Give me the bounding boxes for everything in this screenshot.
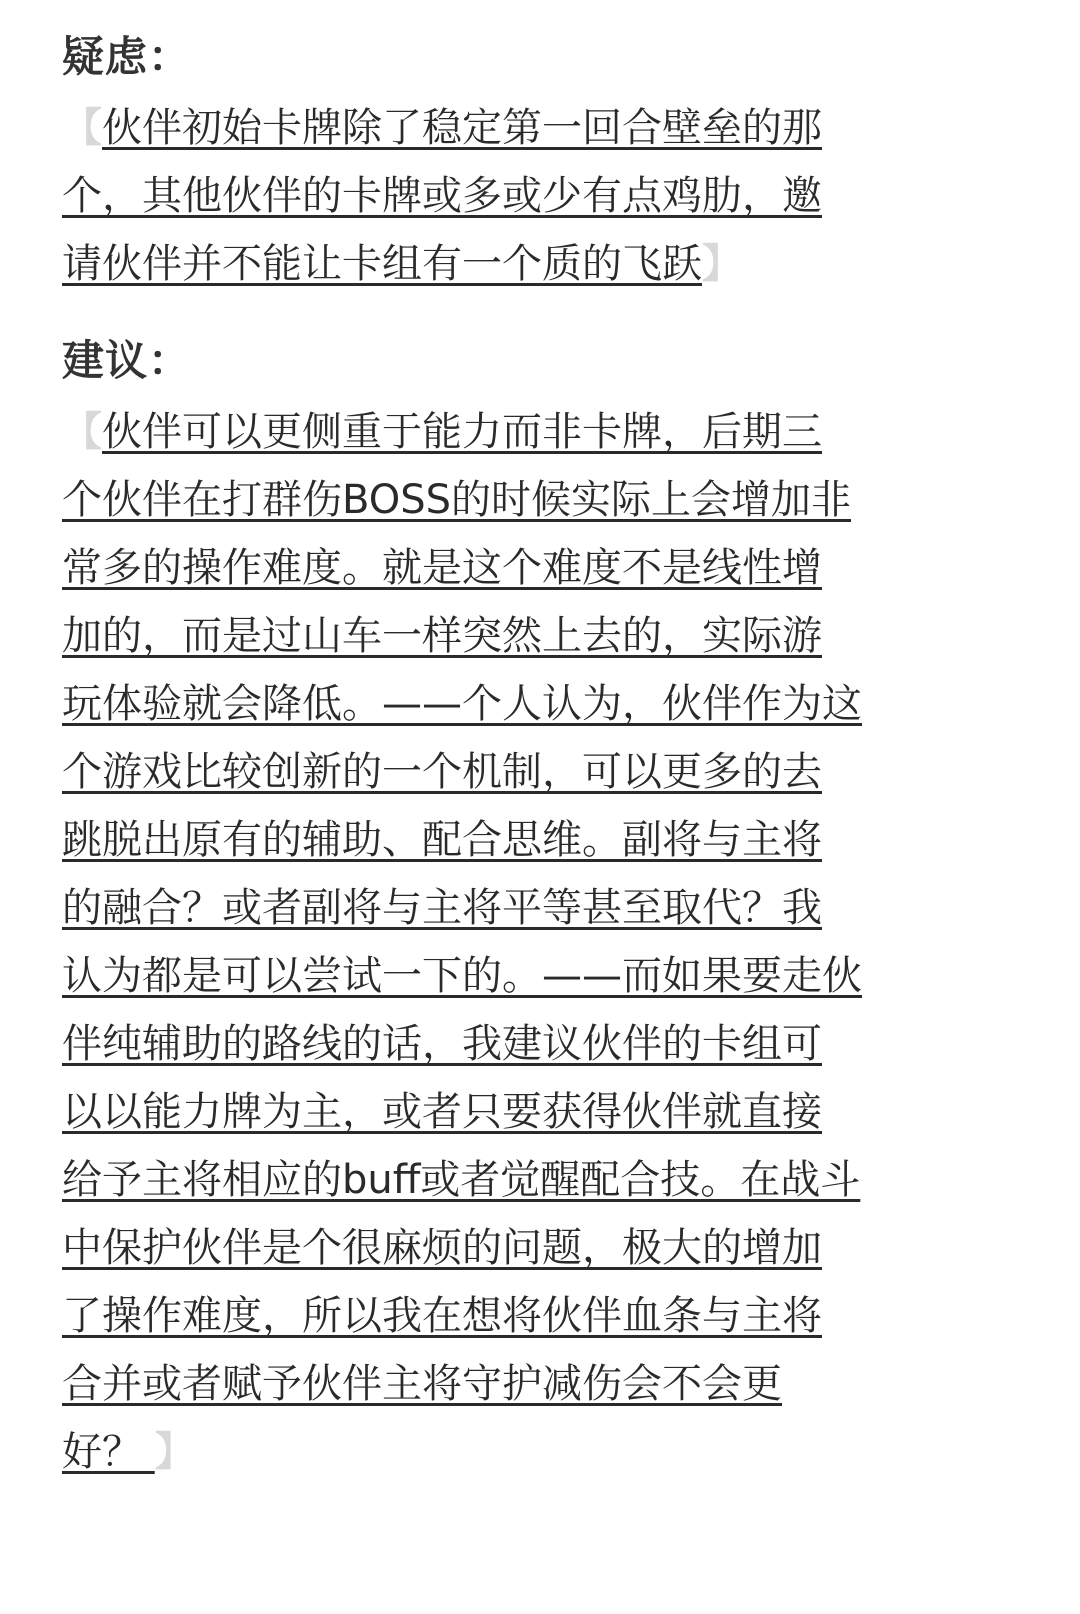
suggestion-line: 给予主将相应的buff或者觉醒配合技。在战斗 (62, 1146, 992, 1214)
suggestion-line: 伴纯辅助的路线的话，我建议伙伴的卡组可 (62, 1010, 992, 1078)
suggestion-line: 个游戏比较创新的一个机制，可以更多的去 (62, 738, 992, 806)
suggestion-line: 中保护伙伴是个很麻烦的问题，极大的增加 (62, 1214, 992, 1282)
close-bracket: 】 (155, 1429, 195, 1475)
concern-paragraph: 【伙伴初始卡牌除了稳定第一回合壁垒的那 个，其他伙伴的卡牌或多或少有点鸡肋，邀 … (62, 94, 992, 298)
suggestion-line: 常多的操作难度。就是这个难度不是线性增 (62, 534, 992, 602)
suggestion-line: 合并或者赋予伙伴主将守护减伤会不会更 (62, 1350, 992, 1418)
suggestion-heading: 建议： (62, 336, 191, 386)
suggestion-line: 加的，而是过山车一样突然上去的，实际游 (62, 602, 992, 670)
suggestion-paragraph: 【伙伴可以更侧重于能力而非卡牌，后期三 个伙伴在打群伤BOSS的时候实际上会增加… (62, 398, 992, 1486)
suggestion-line: 跳脱出原有的辅助、配合思维。副将与主将 (62, 806, 992, 874)
concern-heading: 疑虑： (62, 32, 191, 82)
suggestion-line: 以以能力牌为主，或者只要获得伙伴就直接 (62, 1078, 992, 1146)
suggestion-line: 玩体验就会降低。——个人认为，伙伴作为这 (62, 670, 992, 738)
close-bracket: 】 (702, 241, 742, 287)
concern-line: 【伙伴初始卡牌除了稳定第一回合壁垒的那 (62, 94, 992, 162)
suggestion-line: 了操作难度，所以我在想将伙伴血条与主将 (62, 1282, 992, 1350)
concern-line: 请伙伴并不能让卡组有一个质的飞跃】 (62, 230, 992, 298)
suggestion-line: 【伙伴可以更侧重于能力而非卡牌，后期三 (62, 398, 992, 466)
open-bracket: 【 (62, 409, 102, 455)
suggestion-line: 的融合？或者副将与主将平等甚至取代？我 (62, 874, 992, 942)
suggestion-line: 个伙伴在打群伤BOSS的时候实际上会增加非 (62, 466, 992, 534)
suggestion-line: 认为都是可以尝试一下的。——而如果要走伙 (62, 942, 992, 1010)
suggestion-line: 好？ 】 (62, 1418, 992, 1486)
concern-line: 个，其他伙伴的卡牌或多或少有点鸡肋，邀 (62, 162, 992, 230)
open-bracket: 【 (62, 105, 102, 151)
